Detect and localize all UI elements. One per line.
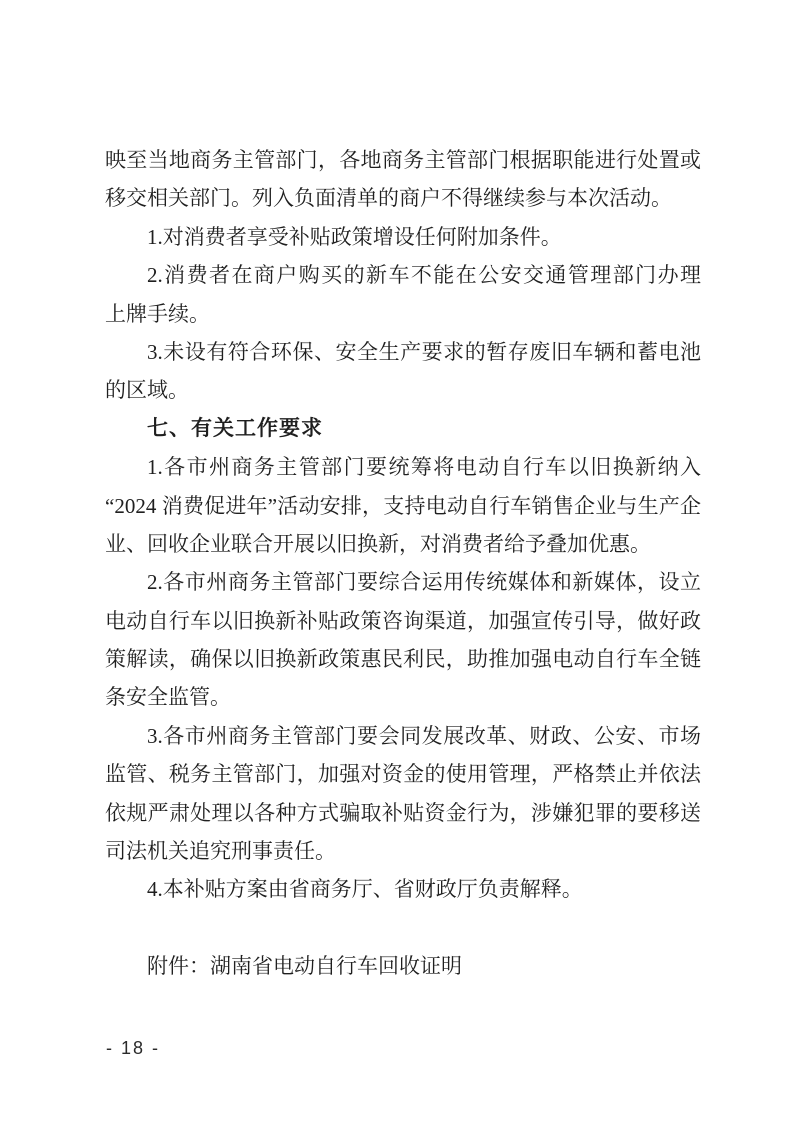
body-line: 移交相关部门。列入负面清单的商户不得继续参与本次活动。 [105,179,701,217]
body-line: 的区域。 [105,371,701,409]
body-line: 依规严肃处理以各种方式骗取补贴资金行为，涉嫌犯罪的要移送 [105,794,701,832]
body-line: “2024 消费促进年”活动安排，支持电动自行车销售企业与生产企 [105,487,701,525]
body-line: 2.各市州商务主管部门要综合运用传统媒体和新媒体，设立 [105,563,701,601]
body-line: 1.对消费者享受补贴政策增设任何附加条件。 [105,218,701,256]
body-line: 3.各市州商务主管部门要会同发展改革、财政、公安、市场 [105,717,701,755]
body-line: 司法机关追究刑事责任。 [105,832,701,870]
body-line: 业、回收企业联合开展以旧换新，对消费者给予叠加优惠。 [105,525,701,563]
body-line: 3.未设有符合环保、安全生产要求的暂存废旧车辆和蓄电池 [105,333,701,371]
body-line: 电动自行车以旧换新补贴政策咨询渠道，加强宣传引导，做好政 [105,602,701,640]
body-line: 策解读，确保以旧换新政策惠民利民，助推加强电动自行车全链 [105,640,701,678]
body-line: 上牌手续。 [105,295,701,333]
body-line: 映至当地商务主管部门，各地商务主管部门根据职能进行处置或 [105,141,701,179]
document-body: 映至当地商务主管部门，各地商务主管部门根据职能进行处置或 移交相关部门。列入负面… [105,141,701,986]
body-line: 监管、税务主管部门，加强对资金的使用管理，严格禁止并依法 [105,755,701,793]
document-page: 映至当地商务主管部门，各地商务主管部门根据职能进行处置或 移交相关部门。列入负面… [0,0,793,1122]
body-line: 1.各市州商务主管部门要统筹将电动自行车以旧换新纳入 [105,448,701,486]
blank-line [105,909,701,947]
body-line: 2.消费者在商户购买的新车不能在公安交通管理部门办理 [105,256,701,294]
page-number: - 18 - [106,1038,160,1059]
body-line: 4.本补贴方案由省商务厅、省财政厅负责解释。 [105,870,701,908]
section-heading: 七、有关工作要求 [105,410,701,448]
attachment-line: 附件：湖南省电动自行车回收证明 [105,947,701,985]
body-line: 条安全监管。 [105,678,701,716]
